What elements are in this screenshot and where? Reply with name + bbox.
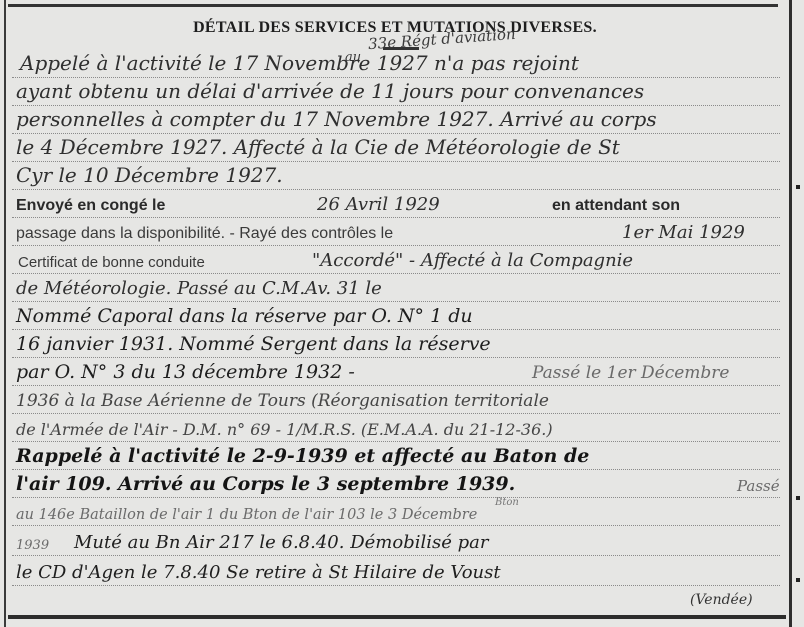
handwritten-text: Appelé à l'activité le 17 Novembre 1927 … <box>20 51 579 75</box>
margin-mark <box>796 578 800 582</box>
entry-line: Certificat de bonne conduite "Accordé" -… <box>12 245 780 274</box>
handwritten-date: 26 Avril 1929 <box>317 194 440 215</box>
handwritten-text: "Accordé" - Affecté à la Compagnie <box>312 250 633 271</box>
handwritten-text-light: au 146e Bataillon de l'air 1 du Bton de … <box>16 507 477 523</box>
entry-line: l'air 109. Arrivé au Corps le 3 septembr… <box>12 469 780 498</box>
handwritten-text: le 4 Décembre 1927. Affecté à la Cie de … <box>16 135 620 159</box>
entry-line: 1939 Muté au Bn Air 217 le 6.8.40. Démob… <box>12 527 780 556</box>
printed-label: passage dans la disponibilité. - Rayé de… <box>16 225 393 243</box>
entry-line: 16 janvier 1931. Nommé Sergent dans la r… <box>12 329 780 358</box>
entry-line: 1936 à la Base Aérienne de Tours (Réorga… <box>12 385 780 414</box>
entry-line: Nommé Caporal dans la réserve par O. N° … <box>12 301 780 330</box>
entry-line: ayant obtenu un délai d'arrivée de 11 jo… <box>12 77 780 106</box>
margin-mark <box>796 496 800 500</box>
entry-line: personnelles à compter du 17 Novembre 19… <box>12 105 780 134</box>
left-border <box>4 0 6 627</box>
handwritten-text: le CD d'Agen le 7.8.40 Se retire à St Hi… <box>16 562 501 583</box>
entry-line: le CD d'Agen le 7.8.40 Se retire à St Hi… <box>12 557 780 586</box>
entry-line: Appelé à l'activité le 17 Novembre 1927 … <box>12 49 780 78</box>
entry-line: de Météorologie. Passé au C.M.Av. 31 le <box>12 273 780 302</box>
entry-line: Cyr le 10 Décembre 1927. <box>12 161 780 190</box>
handwritten-text: Muté au Bn Air 217 le 6.8.40. Démobilisé… <box>74 532 488 553</box>
handwritten-text: l'air 109. Arrivé au Corps le 3 septembr… <box>16 473 515 495</box>
handwritten-text: 16 janvier 1931. Nommé Sergent dans la r… <box>16 333 491 355</box>
handwritten-text: de Météorologie. Passé au C.M.Av. 31 le <box>16 278 382 299</box>
entry-line: Envoyé en congé le 26 Avril 1929 en atte… <box>12 189 780 218</box>
handwritten-text: Nommé Caporal dans la réserve par O. N° … <box>16 305 473 327</box>
printed-label: Envoyé en congé le <box>16 197 165 215</box>
entry-line: passage dans la disponibilité. - Rayé de… <box>12 217 780 246</box>
handwritten-text-light: de l'Armée de l'Air - D.M. n° 69 - 1/M.R… <box>16 420 553 439</box>
bottom-rule <box>8 615 786 619</box>
handwritten-text-light: 1936 à la Base Aérienne de Tours (Réorga… <box>16 391 549 411</box>
margin-mark <box>796 185 800 189</box>
entry-line: au 146e Bataillon de l'air 1 du Bton de … <box>12 497 780 526</box>
handwritten-text-light: Passé le 1er Décembre <box>532 363 730 383</box>
printed-label: Certificat de bonne conduite <box>18 254 205 271</box>
top-rule <box>8 4 778 7</box>
right-border <box>789 0 792 627</box>
printed-label: en attendant son <box>552 197 680 215</box>
handwritten-text: personnelles à compter du 17 Novembre 19… <box>16 107 657 131</box>
entry-line: par O. N° 3 du 13 décembre 1932 - Passé … <box>12 357 780 386</box>
entry-line: le 4 Décembre 1927. Affecté à la Cie de … <box>12 133 780 162</box>
entry-line: de l'Armée de l'Air - D.M. n° 69 - 1/M.R… <box>12 413 780 442</box>
handwritten-text: ayant obtenu un délai d'arrivée de 11 jo… <box>16 79 644 103</box>
handwritten-text: Cyr le 10 Décembre 1927. <box>16 163 283 187</box>
handwritten-text: Rappelé à l'activité le 2-9-1939 et affe… <box>16 445 589 467</box>
entry-line: Rappelé à l'activité le 2-9-1939 et affe… <box>12 441 780 470</box>
handwritten-text-light: 1939 <box>16 538 49 553</box>
register-page: DÉTAIL DES SERVICES ET MUTATIONS DIVERSE… <box>0 0 804 627</box>
handwritten-text-light: Passé <box>737 477 780 495</box>
handwritten-text: par O. N° 3 du 13 décembre 1932 - <box>16 361 355 383</box>
handwritten-date: 1er Mai 1929 <box>622 222 745 243</box>
annotation-vendee: (Vendée) <box>690 592 753 608</box>
